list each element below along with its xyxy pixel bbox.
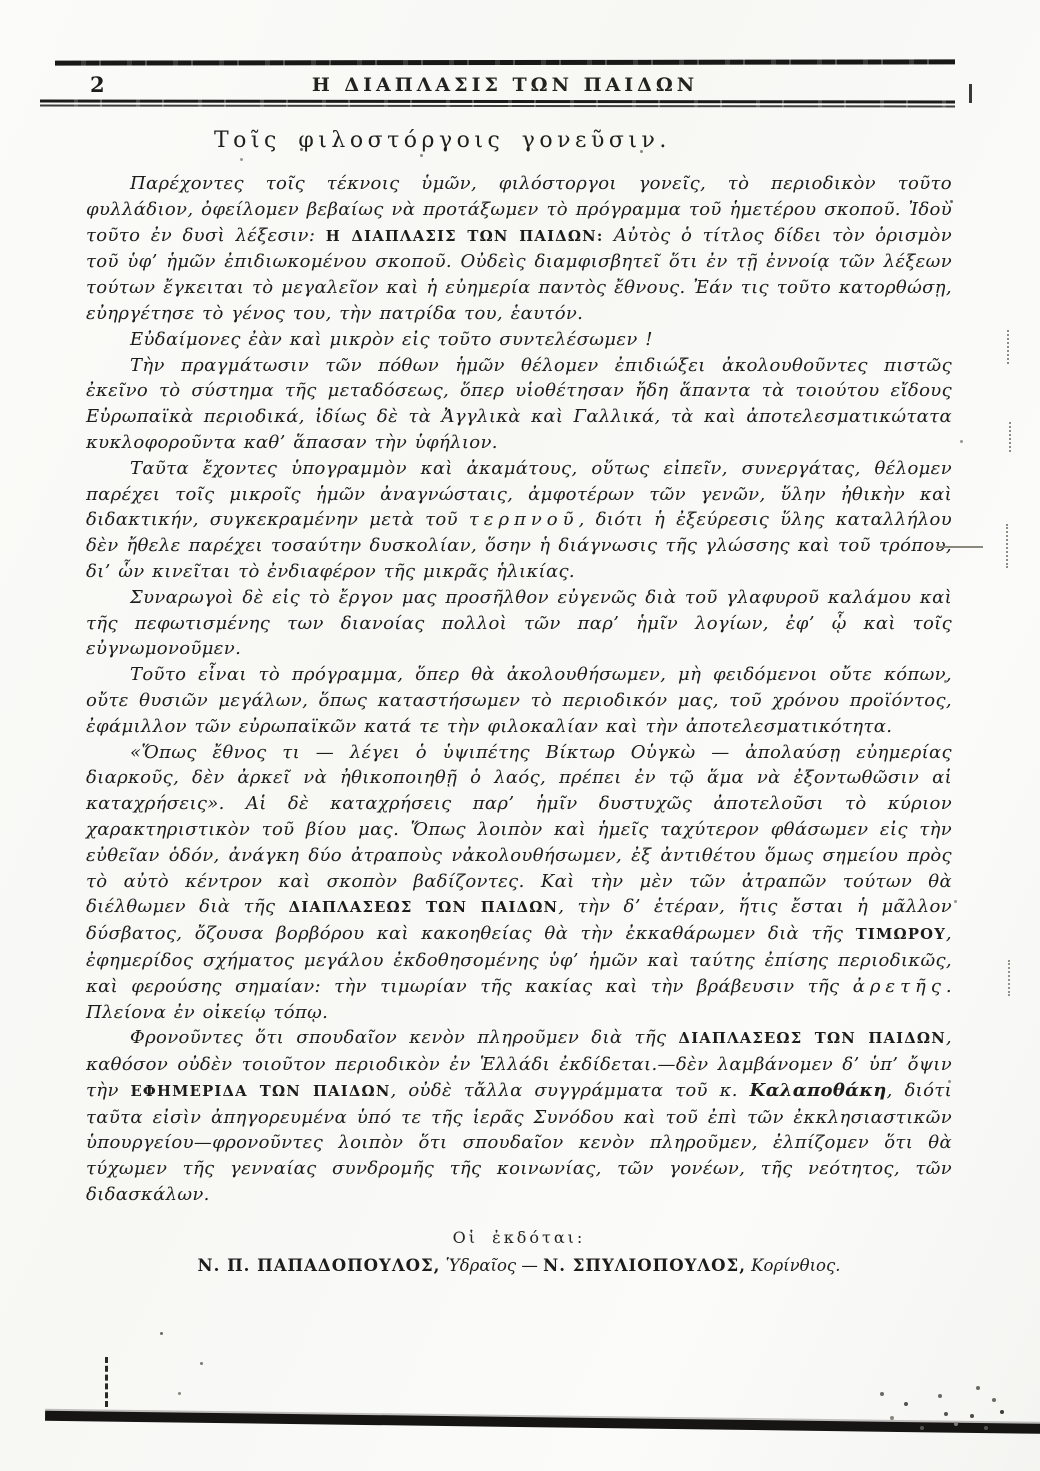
text-run: Φρονοῦντες ὅτι σπουδαῖον κενὸν πληροῦμεν… — [130, 1027, 679, 1048]
text-run: ΕΦΗΜΕΡΙΔΑ ΤΩΝ ΠΑΙΔΩΝ — [130, 1083, 390, 1100]
scan-noise — [950, 200, 953, 203]
text-run: Κορίνθιος. — [746, 1256, 841, 1275]
paragraph: Εὐδαίμονες ἐὰν καὶ μικρὸν εἰς τοῦτο συντ… — [86, 327, 952, 353]
text-run: Καλαποθάκη — [750, 1080, 887, 1101]
paragraph: Φρονοῦντες ὅτι σπουδαῖον κενὸν πληροῦμεν… — [86, 1025, 952, 1208]
scan-dotted-mark — [1007, 330, 1009, 364]
paragraph: Παρέχοντες τοῖς τέκνοις ὑμῶν, φιλόστοργο… — [86, 171, 952, 327]
text-run: Συναρωγοὶ δὲ εἰς τὸ ἔργον μας προσῆλθον … — [86, 587, 952, 660]
text-run: Εὐδαίμονες ἐὰν καὶ μικρὸν εἰς τοῦτο συντ… — [130, 329, 653, 350]
scan-noise — [300, 148, 303, 151]
scan-noise — [880, 1392, 884, 1396]
text-run: ΤΙΜΩΡΟΥ — [856, 926, 946, 943]
scanned-page: 2 Η ΔΙΑΠΛΑΣΙΣ ΤΩΝ ΠΑΙΔΩΝ Τοῖς φιλοστόργο… — [0, 0, 1040, 1471]
paragraph: Τὴν πραγμάτωσιν τῶν πόθων ἡμῶν θέλομεν ἐ… — [86, 353, 952, 456]
text-run: Τοῦτο εἶναι τὸ πρόγραμμα, ὅπερ θὰ ἀκολου… — [86, 664, 952, 737]
page-header: 2 Η ΔΙΑΠΛΑΣΙΣ ΤΩΝ ΠΑΙΔΩΝ — [55, 70, 955, 100]
text-run: Τὴν πραγμάτωσιν τῶν πόθων ἡμῶν θέλομεν ἐ… — [86, 355, 952, 453]
paragraph: Τοῦτο εἶναι τὸ πρόγραμμα, ὅπερ θὰ ἀκολου… — [86, 662, 952, 739]
scan-noise — [160, 1332, 163, 1335]
article: Τοῖς φιλοστόργοις γονεῦσιν. Παρέχοντες τ… — [86, 114, 952, 1275]
paragraph: «Ὅπως ἔθνος τι — λέγει ὁ ὑψιπέτης Βίκτωρ… — [86, 740, 952, 1026]
article-title: Τοῖς φιλοστόργοις γονεῦσιν. — [214, 128, 671, 153]
text-run: Η ΔΙΑΠΛΑΣΙΣ ΤΩΝ ΠΑΙΔΩΝ: — [326, 228, 604, 245]
rule-line — [40, 105, 955, 108]
text-run: Ὑδραῖος — — [440, 1256, 543, 1275]
publishers-line: Ν. Π. ΠΑΠΑΔΟΠΟΥΛΟΣ, Ὑδραῖος — Ν. ΣΠΥΛΙΟΠ… — [86, 1256, 952, 1275]
scan-dotted-mark — [1008, 960, 1010, 996]
article-body: Παρέχοντες τοῖς τέκνοις ὑμῶν, φιλόστοργο… — [86, 171, 952, 1208]
scan-dotted-mark — [1009, 422, 1011, 452]
header-top-rule — [55, 59, 955, 65]
scan-tick — [969, 84, 972, 103]
text-run: ΔΙΑΠΛΑΣΕΩΣ ΤΩΝ ΠΑΙΔΩΝ — [679, 1030, 946, 1047]
text-run: ἀρετῆς — [853, 976, 946, 997]
paragraph: Συναρωγοὶ δὲ εἰς τὸ ἔργον μας προσῆλθον … — [86, 585, 952, 662]
text-run: Ν. ΣΠΥΛΙΟΠΟΥΛΟΣ, — [543, 1256, 746, 1275]
rule-line — [40, 100, 955, 104]
paragraph: Ταῦτα ἔχοντες ὑπογραμμὸν καὶ ἀκαμάτους, … — [86, 456, 952, 585]
running-title: Η ΔΙΑΠΛΑΣΙΣ ΤΩΝ ΠΑΙΔΩΝ — [55, 74, 955, 96]
scan-dash-mark — [105, 1357, 108, 1407]
text-run: «Ὅπως ἔθνος τι — λέγει ὁ ὑψιπέτης Βίκτωρ… — [86, 742, 952, 918]
text-run: , οὐδὲ τἄλλα συγγράμματα τοῦ κ. — [391, 1080, 750, 1101]
text-run: τερπνοῦ — [469, 509, 579, 530]
scan-dotted-mark — [1006, 524, 1008, 568]
header-double-rule — [40, 100, 955, 109]
article-footer: Οἱ ἐκδόται: Ν. Π. ΠΑΠΑΔΟΠΟΥΛΟΣ, Ὑδραῖος … — [86, 1228, 952, 1275]
text-run: ΔΙΑΠΛΑΣΕΩΣ ΤΩΝ ΠΑΙΔΩΝ — [289, 899, 559, 916]
scan-edge-bar — [45, 1411, 1040, 1434]
scan-dash — [937, 546, 983, 548]
editors-byline: Οἱ ἐκδόται: — [86, 1228, 952, 1247]
text-run: Ν. Π. ΠΑΠΑΔΟΠΟΥΛΟΣ, — [198, 1256, 441, 1275]
